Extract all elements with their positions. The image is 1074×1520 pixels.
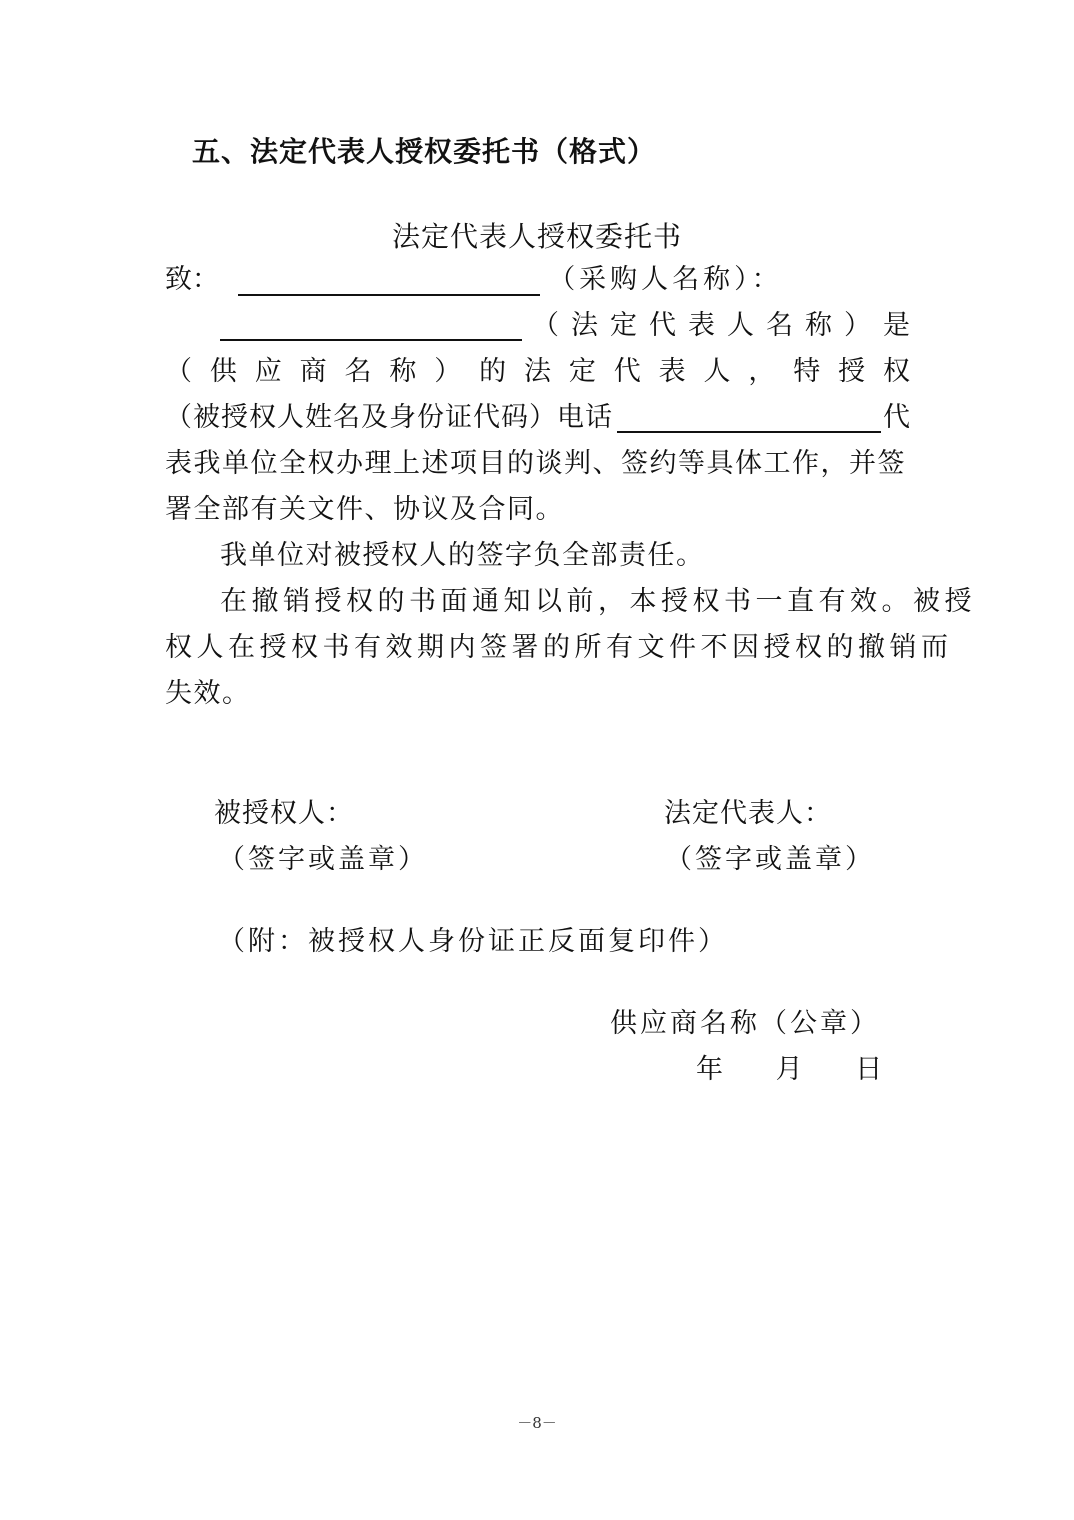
legal-rep-name-blank[interactable] <box>220 311 522 341</box>
date-day: 日 <box>855 1054 882 1085</box>
char: 定 <box>610 306 637 346</box>
char: 人 <box>727 306 754 346</box>
phone-blank[interactable] <box>617 403 881 433</box>
char: 应 <box>255 352 282 392</box>
legal-rep-line: （ 法 定 代 表 人 名 称 ） 是 <box>220 306 910 346</box>
char: 法 <box>524 352 551 392</box>
body-line-5: 署全部有关文件、协议及合同。 <box>165 490 564 530</box>
addressee-suffix: （采购人名称）： <box>548 264 783 295</box>
authorized-person-signature-note: （签字或盖章） <box>218 840 428 880</box>
attachment-note: （附：被授权人身份证正反面复印件） <box>218 922 728 962</box>
char: 表 <box>688 306 715 346</box>
date-line: 年 月 日 <box>696 1050 882 1090</box>
char: 权 <box>883 352 910 392</box>
char: 名 <box>766 306 793 346</box>
char: ， <box>748 352 775 392</box>
legal-rep-signature-note: （签字或盖章） <box>665 840 875 880</box>
page-number: －8－ <box>0 1412 1074 1433</box>
char: 表 <box>659 352 686 392</box>
char: 的 <box>479 352 506 392</box>
char: 代 <box>614 352 641 392</box>
char: 名 <box>345 352 372 392</box>
authorized-person-signature-label: 被授权人： <box>214 794 354 834</box>
supplier-line: （ 供 应 商 名 称 ） 的 法 定 代 表 人 ， 特 授 权 <box>165 352 910 392</box>
authorized-person-line: （被授权人姓名及身份证代码）电话 代 <box>165 398 910 438</box>
supplier-seal-label: 供应商名称（公章） <box>610 1004 880 1044</box>
char: ） <box>844 306 871 346</box>
document-title: 法定代表人授权委托书 <box>0 215 1074 255</box>
char: 定 <box>569 352 596 392</box>
date-month: 月 <box>776 1054 803 1085</box>
authorized-person-text: （被授权人姓名及身份证代码）电话 <box>165 398 613 438</box>
char: 称 <box>389 352 416 392</box>
responsibility-paragraph: 我单位对被授权人的签字负全部责任。 <box>220 536 705 576</box>
date-year: 年 <box>696 1054 723 1085</box>
addressee-line: 致： （采购人名称）： <box>165 260 783 300</box>
legal-rep-signature-label: 法定代表人： <box>664 794 832 834</box>
validity-line-1: 在撤销授权的书面通知以前，本授权书一直有效。被授 <box>220 582 976 622</box>
char: （ <box>532 306 559 346</box>
char: ） <box>434 352 461 392</box>
char: 授 <box>838 352 865 392</box>
body-line-4: 表我单位全权办理上述项目的谈判、签约等具体工作，并签 <box>165 444 906 484</box>
char: 商 <box>300 352 327 392</box>
char: 法 <box>571 306 598 346</box>
validity-line-2: 权人在授权书有效期内签署的所有文件不因授权的撤销而 <box>165 628 953 668</box>
char: （ <box>165 352 192 392</box>
addressee-prefix: 致： <box>165 264 219 295</box>
purchaser-name-blank[interactable] <box>238 266 540 296</box>
char: 特 <box>793 352 820 392</box>
char: 供 <box>210 352 237 392</box>
char: 称 <box>805 306 832 346</box>
line3-suffix: 代 <box>883 398 910 438</box>
char: 是 <box>883 306 910 346</box>
char: 人 <box>704 352 731 392</box>
char: 代 <box>649 306 676 346</box>
section-heading: 五、法定代表人授权委托书（格式） <box>192 130 656 170</box>
validity-line-3: 失效。 <box>165 674 251 714</box>
